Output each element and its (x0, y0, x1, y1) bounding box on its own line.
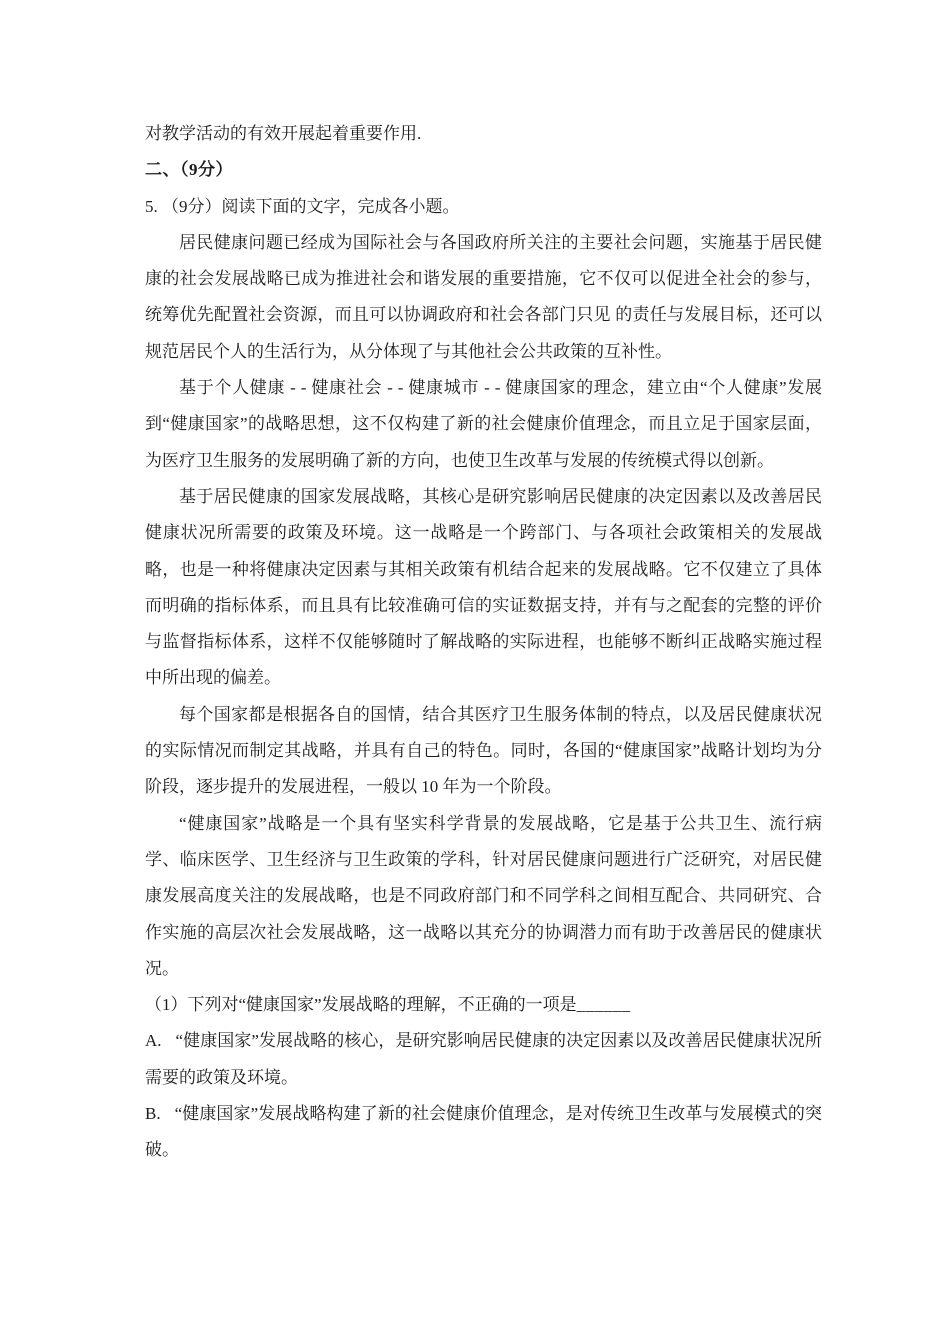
document-content: 对教学活动的有效开展起着重要作用. 二、（9分） 5. （9分）阅读下面的文字，… (145, 116, 822, 1169)
passage-paragraph: 居民健康问题已经成为国际社会与各国政府所关注的主要社会问题，实施基于居民健康的社… (145, 225, 822, 370)
answer-blank: ______ (577, 995, 631, 1014)
option-a-text: “健康国家”发展战略的核心，是研究影响居民健康的决定因素以及改善居民健康状况所需… (145, 1031, 822, 1086)
continuation-text: 对教学活动的有效开展起着重要作用. (145, 116, 822, 152)
passage-paragraph: “健康国家”战略是一个具有坚实科学背景的发展战略，它是基于公共卫生、流行病学、临… (145, 806, 822, 987)
option-b-text: “健康国家”发展战略构建了新的社会健康价值理念，是对传统卫生改革与发展模式的突破… (145, 1104, 822, 1159)
option-b: B.“健康国家”发展战略构建了新的社会健康价值理念，是对传统卫生改革与发展模式的… (145, 1096, 822, 1169)
document-page: 对教学活动的有效开展起着重要作用. 二、（9分） 5. （9分）阅读下面的文字，… (0, 0, 950, 1344)
sub-question-prompt-text: （1）下列对“健康国家”发展战略的理解，不正确的一项是 (145, 995, 577, 1014)
passage-paragraph: 基于居民健康的国家发展战略，其核心是研究影响居民健康的决定因素以及改善居民健康状… (145, 479, 822, 697)
option-b-label: B. (145, 1104, 161, 1123)
option-a: A.“健康国家”发展战略的核心，是研究影响居民健康的决定因素以及改善居民健康状况… (145, 1023, 822, 1096)
question-intro: 5. （9分）阅读下面的文字，完成各小题。 (145, 189, 822, 225)
passage-paragraph: 基于个人健康 - - 健康社会 - - 健康城市 - - 健康国家的理念，建立由… (145, 370, 822, 479)
passage-paragraph: 每个国家都是根据各自的国情，结合其医疗卫生服务体制的特点，以及居民健康状况的实际… (145, 697, 822, 806)
sub-question-prompt: （1）下列对“健康国家”发展战略的理解，不正确的一项是______ (145, 987, 822, 1023)
option-a-label: A. (145, 1031, 162, 1050)
section-heading: 二、（9分） (145, 152, 822, 188)
